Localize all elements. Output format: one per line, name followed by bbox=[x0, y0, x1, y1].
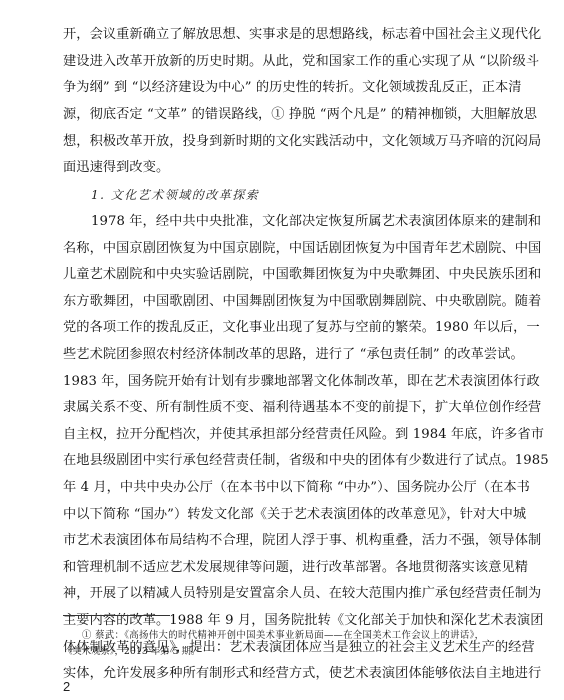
text-line: 争为纲” 到 “以经济建设为中心” 的历史性的转折。文化领域拨乱反正，正本清 bbox=[63, 80, 485, 96]
text-line: 在地县级剧团中实行承包经营责任制，省级和中央的团体有少数进行了试点。1985 bbox=[63, 453, 485, 469]
text-line: 儿童艺术剧院和中央实验话剧院，中国歌舞团恢复为中央歌舞团、中央民族乐团和 bbox=[63, 267, 485, 283]
footnote-line: 《美术观察》，2013 年第 5 期。 bbox=[63, 646, 200, 658]
text-line: 市艺术表演团体布局结构不合理，院团人浮于事、机构重叠，活力不强，领导体制 bbox=[63, 533, 485, 549]
text-line: 名称，中国京剧团恢复为中国京剧院，中国话剧团恢复为中国青年艺术剧院、中国 bbox=[63, 241, 485, 257]
section-heading: 1. 文化艺术领域的改革探索 bbox=[91, 187, 259, 203]
text-line: 自主权，拉开分配档次，并使其承担部分经营责任风险。到 1984 年底，许多省市 bbox=[63, 427, 485, 443]
document-page: 开，会议重新确立了解放思想、实事求是的思想路线，标志着中国社会主义现代化 建设进… bbox=[0, 0, 564, 700]
text-line: 中以下简称 “国办”）转发文化部《关于艺术表演团体的改革意见》，针对大中城 bbox=[63, 507, 485, 523]
text-line: 想，积极改革开放，投身到新时期的文化实践活动中，文化领域万马齐喑的沉闷局 bbox=[63, 134, 485, 150]
text-line: 面迅速得到改变。 bbox=[63, 160, 485, 176]
text-line: 1983 年，国务院开始有计划有步骤地部署文化体制改革，即在艺术表演团体行政 bbox=[63, 374, 485, 390]
page-number: 2 bbox=[63, 679, 70, 694]
text-line: 东方歌舞团，中国歌剧团、中国舞剧团恢复为中国歌剧舞剧院、中央歌剧院。随着 bbox=[63, 294, 485, 310]
text-line: 和管理机制不适应艺术发展规律等问题，进行改革部署。各地贯彻落实该意见精 bbox=[63, 560, 485, 576]
text-line: 些艺术院团参照农村经济体制改革的思路，进行了 “承包责任制” 的改革尝试。 bbox=[63, 347, 485, 363]
footnote-line: ① 蔡武：《高扬伟大的时代精神开创中国美术事业新局面——在全国美术工作会议上的讲… bbox=[82, 630, 484, 642]
text-line: 建设进入改革开放新的历史时期。从此，党和国家工作的重心实现了从 “以阶级斗 bbox=[63, 54, 485, 70]
text-line: 源，彻底否定 “文革” 的错误路线，① 挣脱 “两个凡是” 的精神枷锁，大胆解放… bbox=[63, 107, 485, 123]
text-line: 隶属关系不变、所有制性质不变、福利待遇基本不变的前提下，扩大单位创作经营 bbox=[63, 400, 485, 416]
text-line: 实体，允许发展多种所有制形式和经营方式，使艺术表演团体能够依法自主地进行 bbox=[63, 666, 485, 682]
text-line: 1978 年，经中共中央批准，文化部决定恢复所属艺术表演团体原来的建制和 bbox=[91, 214, 485, 230]
text-line: 党的各项工作的拨乱反正，文化事业出现了复苏与空前的繁荣。1980 年以后，一 bbox=[63, 320, 485, 336]
text-line: 年 4 月，中共中央办公厅（在本书中以下简称 “中办”）、国务院办公厅（在本书 bbox=[63, 480, 485, 496]
text-line: 神，开展了以精减人员特别是安置富余人员、在较大范围内推广承包经营责任制为 bbox=[63, 586, 485, 602]
footnote-separator bbox=[63, 615, 170, 616]
text-line: 开，会议重新确立了解放思想、实事求是的思想路线，标志着中国社会主义现代化 bbox=[63, 27, 485, 43]
